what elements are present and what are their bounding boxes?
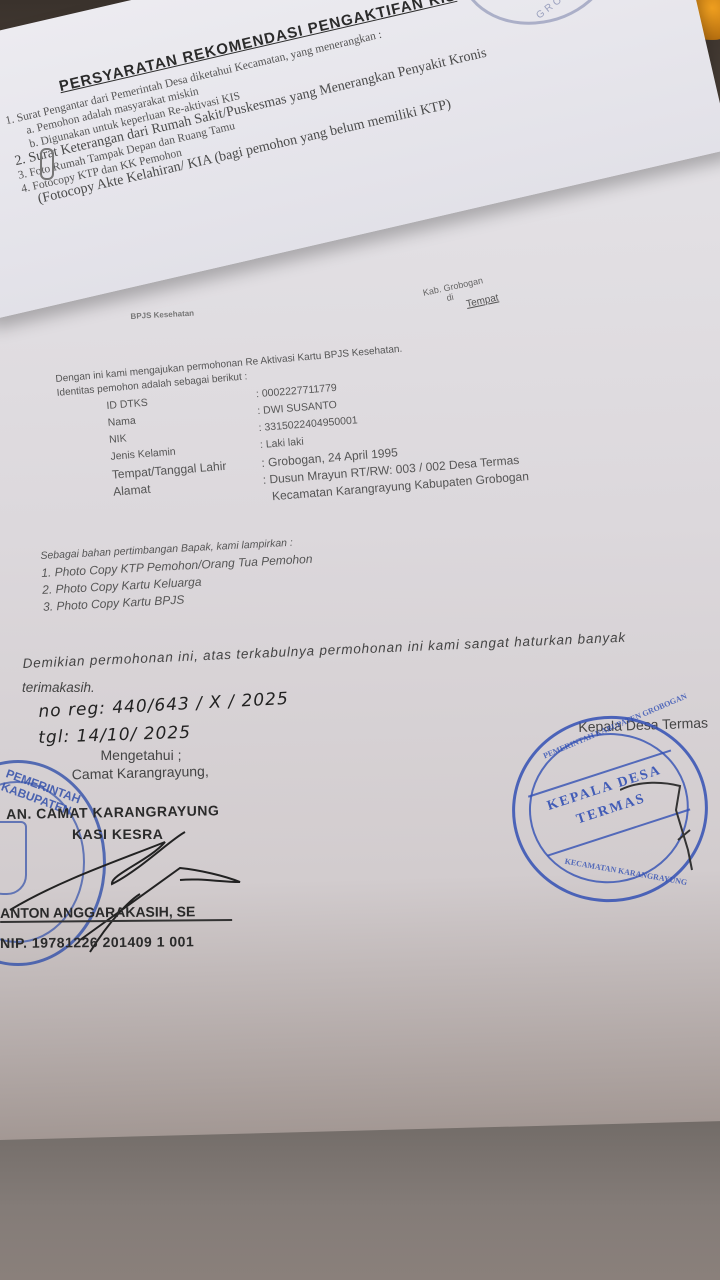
requirements-list: 1. Surat Pengantar dari Pemerintah Desa …	[4, 0, 708, 210]
closing-line-1: Demikian permohonan ini, atas terkabulny…	[22, 615, 720, 680]
addressee-to: BPJS Kesehatan	[130, 303, 194, 324]
addressee-block: Kab. Grobogan di Tempat	[422, 273, 500, 318]
kades-signature	[620, 770, 700, 880]
paper-clip-icon	[40, 148, 54, 180]
camat-office: Camat Karangrayung,	[50, 759, 231, 786]
official-nip: NIP. 19781226 201409 1 001	[0, 933, 194, 951]
attachments: Sebagai bahan pertimbangan Bapak, kami l…	[40, 534, 315, 616]
closing: Demikian permohonan ini, atas terkabulny…	[22, 615, 720, 680]
official-name: ANTON ANGGARAKASIH, SE	[0, 903, 232, 923]
